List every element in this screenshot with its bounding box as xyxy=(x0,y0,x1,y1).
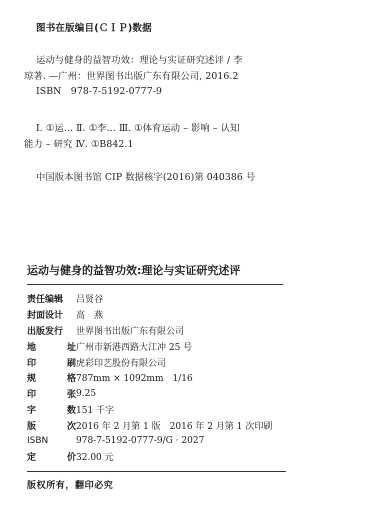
label-text: 规 xyxy=(27,371,36,384)
publication-info-table: 责任编辑 吕贤谷 封面设计 高 燕 出版发行 世界图书出版广东有限公司 地址 广… xyxy=(27,291,272,465)
info-row-sheets: 印张 9.25 xyxy=(27,386,272,402)
info-label: 封面设计 xyxy=(27,308,76,321)
label-text: 印 xyxy=(27,356,36,369)
divider-bottom xyxy=(27,471,286,472)
label-text: 址 xyxy=(67,340,76,353)
info-row-edition: 版次 2016 年 2 月第 1 版 2016 年 2 月第 1 次印刷 xyxy=(27,417,272,433)
info-label: 定价 xyxy=(27,450,76,463)
info-row-cover-design: 封面设计 高 燕 xyxy=(27,307,272,323)
info-row-format: 规格 787mm × 1092mm 1/16 xyxy=(27,370,272,386)
cip-line-record-number: 中国版本图书馆 CIP 数据核字(2016)第 040386 号 xyxy=(36,169,255,183)
info-value: 广州市新港西路大江冲 25 号 xyxy=(76,340,192,353)
label-text: 格 xyxy=(67,371,76,384)
info-row-editor: 责任编辑 吕贤谷 xyxy=(27,291,272,307)
info-row-word-count: 字数 151 千字 xyxy=(27,402,272,418)
info-row-publisher: 出版发行 世界图书出版广东有限公司 xyxy=(27,323,272,339)
info-row-isbn: ISBN 978-7-5192-0777-9/G · 2027 xyxy=(27,433,272,449)
info-value: 吕贤谷 xyxy=(76,292,103,305)
divider-top xyxy=(27,284,283,285)
cip-line-classification: 能力 – 研究 Ⅳ. ①B842.1 xyxy=(24,136,133,150)
label-text: 张 xyxy=(67,387,76,400)
info-label: 责任编辑 xyxy=(27,292,76,305)
info-row-address: 地址 广州市新港西路大江冲 25 号 xyxy=(27,338,272,354)
info-row-printer: 印刷 虎彩印艺股份有限公司 xyxy=(27,354,272,370)
cip-line-isbn: ISBN 978-7-5192-0777-9 xyxy=(36,83,162,97)
label-text: 次 xyxy=(67,419,76,432)
label-text: 刷 xyxy=(67,356,76,369)
label-text: 出版发行 xyxy=(27,324,63,337)
info-value: 151 千字 xyxy=(76,403,114,416)
label-text: 数 xyxy=(67,403,76,416)
info-value: 32.00 元 xyxy=(76,450,114,463)
cip-line-publisher: 琼著. —广州：世界图书出版广东有限公司, 2016.2 xyxy=(24,68,239,82)
label-text: 封面设计 xyxy=(27,308,63,321)
info-value: 2016 年 2 月第 1 版 2016 年 2 月第 1 次印刷 xyxy=(76,419,272,432)
info-label: 地址 xyxy=(27,340,76,353)
label-text: 字 xyxy=(27,403,36,416)
cip-line-subjects: Ⅰ. ①运… Ⅱ. ①李… Ⅲ. ①体育运动 – 影响 – 认知 xyxy=(36,120,239,134)
cip-line-title: 运动与健身的益智功效：理论与实证研究述评 / 李 xyxy=(36,52,243,66)
info-label: 规格 xyxy=(27,371,76,384)
label-text: 地 xyxy=(27,340,36,353)
info-label: 印张 xyxy=(27,387,76,400)
info-value: 978-7-5192-0777-9/G · 2027 xyxy=(76,436,204,446)
info-label: ISBN xyxy=(27,436,76,446)
info-value: 高 燕 xyxy=(76,308,103,321)
label-text: 定 xyxy=(27,450,36,463)
info-row-price: 定价 32.00 元 xyxy=(27,449,272,465)
label-text: 版 xyxy=(27,419,36,432)
info-value: 虎彩印艺股份有限公司 xyxy=(76,356,166,369)
label-text: 印 xyxy=(27,387,36,400)
book-title: 运动与健身的益智功效:理论与实证研究述评 xyxy=(27,262,240,278)
info-label: 字数 xyxy=(27,403,76,416)
copyright-notice: 版权所有，翻印必究 xyxy=(27,478,113,491)
info-value: 9.25 xyxy=(76,389,96,399)
label-text: 责任编辑 xyxy=(27,292,63,305)
info-label: 版次 xyxy=(27,419,76,432)
info-label: 出版发行 xyxy=(27,324,76,337)
info-value: 787mm × 1092mm 1/16 xyxy=(76,371,193,384)
label-text: ISBN xyxy=(27,436,48,446)
info-label: 印刷 xyxy=(27,356,76,369)
label-text: 价 xyxy=(67,450,76,463)
info-value: 世界图书出版广东有限公司 xyxy=(76,324,184,337)
cip-heading: 图书在版编目(ＣＩＰ)数据 xyxy=(36,20,152,34)
